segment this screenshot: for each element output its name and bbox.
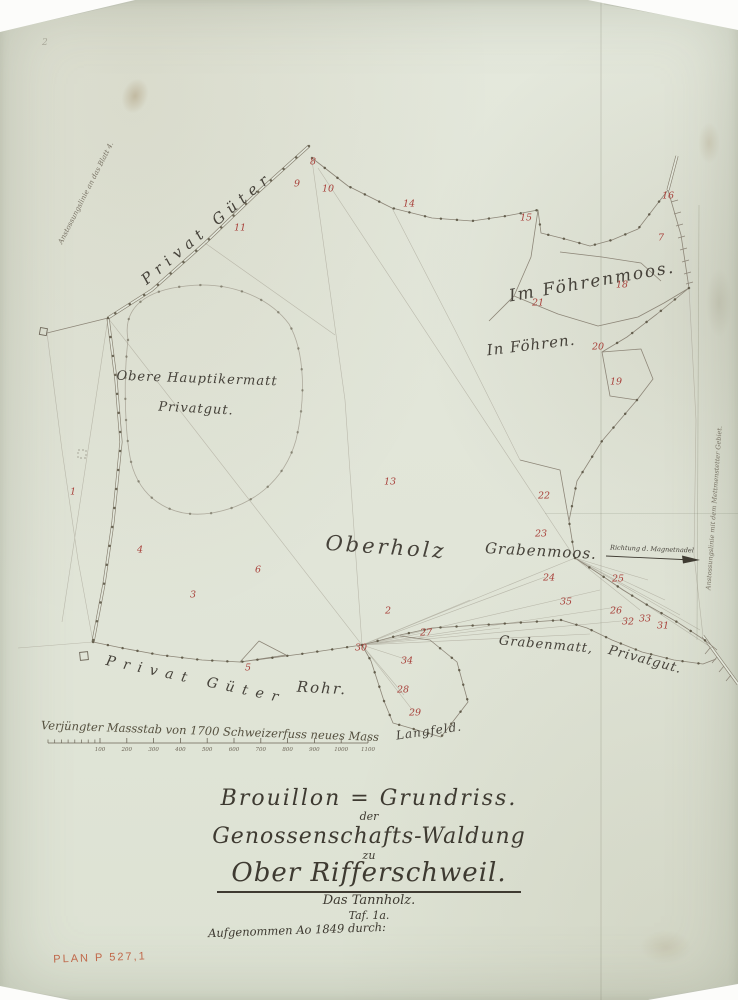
scale-tick-label: 100 [95,747,106,753]
scale-tick-label: 500 [202,747,213,753]
roads-outer [93,146,738,684]
sight-lines [18,160,712,712]
boundaries [47,158,717,737]
scale-tick-label: 400 [174,747,186,753]
scale-tick-label: 700 [256,747,267,753]
boundary-hatching [671,200,731,681]
scale-tick-label: 600 [229,747,240,753]
scale-tick-label: 300 [148,747,159,753]
roads-inner [93,146,738,684]
magnetic-needle-arrow [606,556,700,564]
boundary-points [93,146,706,737]
scale-tick-label: 1100 [361,747,375,753]
scale-tick-label: 1000 [334,747,348,753]
scale-tick-label: 200 [121,747,133,753]
map-drawing: 10020030040050060070080090010001100 [0,0,738,1000]
scale-tick-label: 800 [282,747,293,753]
map-sheet: 10020030040050060070080090010001100 Priv… [0,0,738,1000]
scale-bar: 10020030040050060070080090010001100 [48,738,375,753]
margin-sight-line [697,205,699,640]
scale-tick-label: 900 [309,747,320,753]
paper-edge-lines [0,1,738,999]
